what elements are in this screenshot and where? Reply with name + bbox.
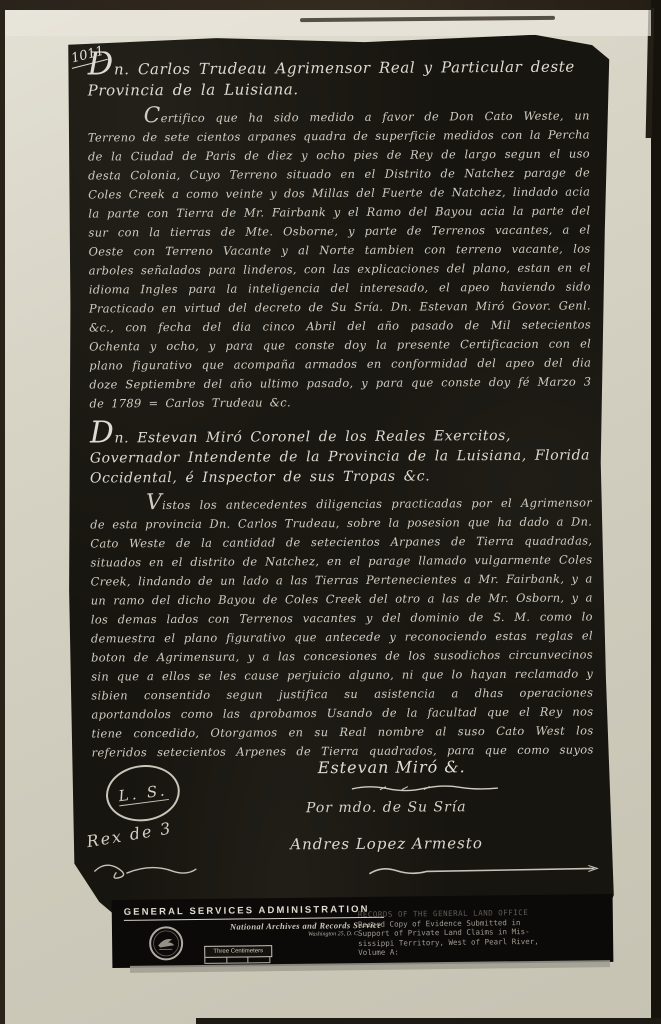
signature-rubric-flourish — [350, 783, 500, 792]
scale-bar-label: Three Centimeters — [204, 945, 272, 958]
decree-heading: Dn. Estevan Miró Coronel de los Reales E… — [90, 419, 592, 488]
rex-annotation: Rex de 3 — [85, 818, 174, 851]
gsa-agency-title: GENERAL SERVICES ADMINISTRATION — [124, 904, 384, 921]
certification-body: Certifico que ha sido medido a favor de … — [88, 105, 592, 413]
decree-body: Vistos los antecedentes diligencias prac… — [90, 492, 594, 765]
washington-location-line: Washington 25, D. C. — [308, 931, 360, 938]
armesto-flourish — [366, 862, 601, 877]
scan-border-top — [0, 0, 661, 10]
scan-border-left — [0, 0, 5, 1024]
album-page-highlight — [5, 10, 651, 36]
scan-border-bottom — [196, 1018, 661, 1024]
photostat-document: 1011 Dn. Carlos Trudeau Agrimensor Real … — [63, 34, 616, 929]
certification-heading: Dn. Carlos Trudeau Agrimensor Real y Par… — [87, 48, 589, 101]
document-text: Dn. Carlos Trudeau Agrimensor Real y Par… — [87, 48, 593, 765]
scanned-page: { "page": { "corner_number": "1011", "re… — [0, 0, 661, 1024]
archive-label-strip: GENERAL SERVICES ADMINISTRATION National… — [112, 894, 614, 968]
scale-bar-ticks — [204, 957, 270, 964]
miro-signature: Estevan Miró &. — [318, 757, 466, 777]
ls-seal-text: L. S. — [117, 781, 168, 806]
typed-annotation-block: RECORDS OF THE GENERAL LAND OFFICE Recor… — [358, 907, 599, 958]
typed-annotation-line: Volume A: — [358, 945, 598, 958]
scan-border-right — [651, 0, 661, 1024]
gsa-eagle-seal-icon — [148, 925, 184, 961]
ls-notarial-seal: L. S. — [103, 761, 184, 826]
armesto-signature: Andres Lopez Armesto — [290, 834, 483, 853]
rex-flourish — [90, 859, 200, 882]
attestation-line: Por mdo. de Su Sría — [306, 799, 467, 816]
